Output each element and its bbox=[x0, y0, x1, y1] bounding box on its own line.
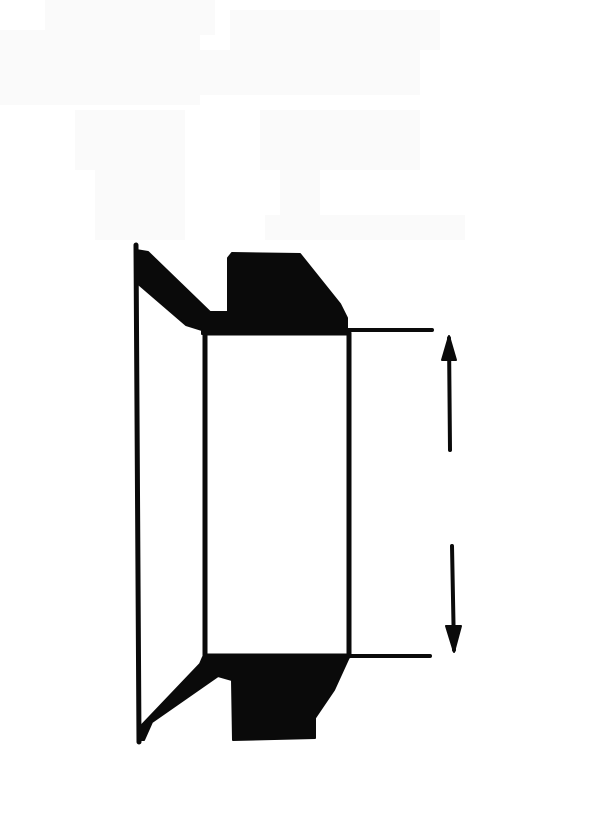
arrowhead-up-icon bbox=[442, 336, 456, 360]
outer-face-line bbox=[136, 245, 139, 742]
dimension-arrow bbox=[442, 336, 461, 652]
arrowhead-down-icon bbox=[446, 626, 461, 652]
upper-flange bbox=[136, 250, 347, 334]
lower-flange bbox=[139, 655, 350, 740]
bore-rectangle bbox=[205, 333, 349, 656]
technical-drawing bbox=[0, 0, 600, 826]
